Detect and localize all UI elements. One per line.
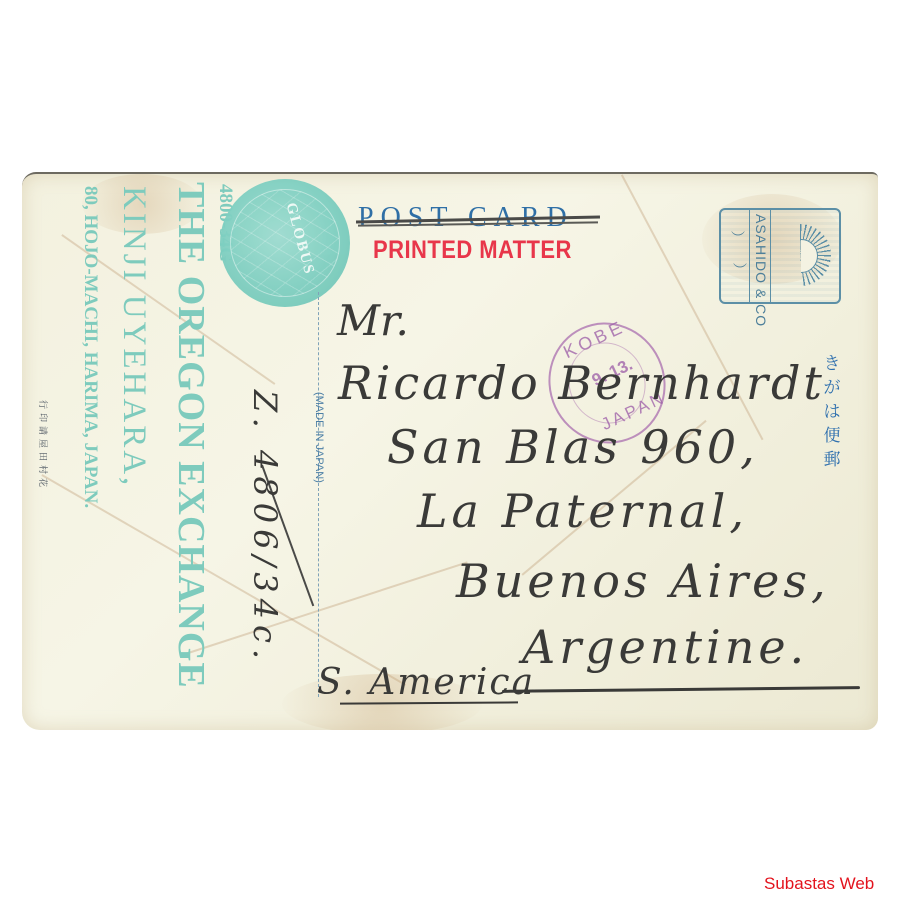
postage-stamp: ︶ ︶ ASAHIDO & CO bbox=[719, 208, 841, 304]
address-line-salutation: Mr. bbox=[337, 296, 409, 345]
printed-matter-label: PRINTED MATTER bbox=[373, 236, 572, 265]
stamp-imprint: ASAHIDO & CO bbox=[753, 214, 769, 327]
address-line-country: Argentine. bbox=[522, 620, 808, 674]
sun-core bbox=[784, 239, 818, 273]
address-line-continent: S. America bbox=[317, 662, 535, 703]
sender-address: 80, HOJO-MACHI, HARIMA, JAPAN. bbox=[79, 186, 101, 508]
underline bbox=[502, 686, 860, 693]
rising-sun-icon bbox=[769, 224, 831, 286]
printer-note: 行印請屋田村花 bbox=[37, 400, 50, 491]
address-line-street: San Blas 960, bbox=[387, 420, 759, 474]
made-in-japan-label: (MADE IN JAPAN) bbox=[313, 392, 325, 483]
postcard: THE OREGON EXCHANGE 4800-34G KINJI UYEHA… bbox=[22, 172, 878, 730]
sender-name: KINJI UYEHARA, bbox=[115, 186, 152, 488]
globe-label: GLOBUS bbox=[282, 201, 318, 277]
address-line-city: Buenos Aires, bbox=[456, 554, 830, 608]
sender-company: THE OREGON EXCHANGE bbox=[169, 182, 213, 689]
bird-icon: ︶ bbox=[731, 228, 745, 248]
crease bbox=[182, 561, 468, 655]
address-line-name: Ricardo Bernhardt bbox=[338, 356, 825, 410]
japanese-postcard-label: きがは便郵 bbox=[822, 352, 842, 472]
handwritten-reference: Z. 4806/34c. bbox=[246, 390, 284, 665]
divider-line bbox=[318, 292, 319, 697]
globe-logo-icon: GLOBUS bbox=[220, 179, 350, 307]
bird-icon: ︶ bbox=[733, 260, 747, 280]
watermark: Subastas Web bbox=[764, 874, 874, 894]
address-line-district: La Paternal, bbox=[417, 484, 748, 538]
